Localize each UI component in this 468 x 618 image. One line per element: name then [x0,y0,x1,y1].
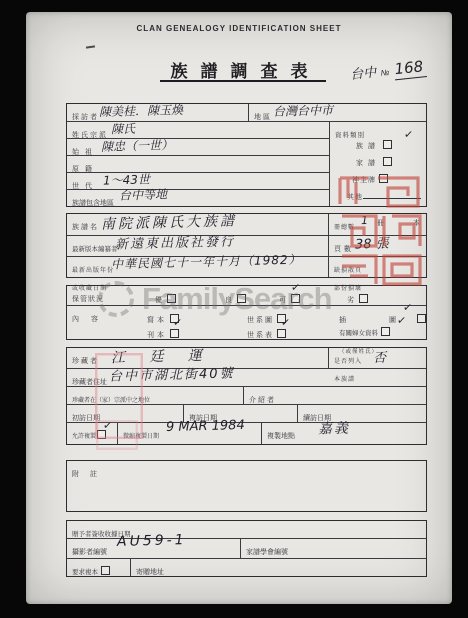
cond3-label: 可 [279,297,288,304]
content-option-lineage-table: 世系表 ✓ [247,324,286,342]
cond2-checkbox [237,294,246,303]
editor-value: 新遠東出版社發行 [115,230,235,252]
condition-option-good: 良 [225,289,246,307]
area-value: 台灣台中市 [273,101,333,120]
pubdate-label-line1: 最新出版年份 [72,268,114,274]
permit-label: 允許複製 [72,434,96,440]
c-print-label: 刊本 [147,332,167,339]
notes-label: 附 註 [72,471,99,478]
c-chart-label: 世系圖 [247,317,274,324]
cat3-label: 神主牌 [352,177,376,184]
cond1-label: 優 [155,297,164,304]
place-value: 嘉義 [318,418,351,439]
c-illus-checkbox [417,314,426,323]
field-origin: 原籍 [67,156,329,172]
field-condition: 保管狀況 優 良 可 ✓ 劣 [67,286,426,305]
condition-option-fair: 可 ✓ [279,289,300,307]
founder-label: 始祖 [72,149,98,156]
volumes-label: 冊總數 [334,225,355,231]
field-area: 地區 台灣台中市 [249,104,426,121]
coverage-label: 族譜包含地區 [72,200,114,207]
table-processing: 贈予者簽收收據日期 攝影者編號 AU59-1 家譜學會編號 要求複本 寄贈地址 [66,520,427,577]
cat3-checkbox [379,174,388,183]
introducer-label: 介紹者 [249,397,276,404]
volumes-value: 1 [361,214,368,227]
field-surname-branch: 姓氏宗派 陳氏 [67,122,329,138]
form-eyebrow-title: CLAN GENEALOGY IDENTIFICATION SHEET [26,24,452,33]
condition-option-poor: 劣 [347,289,368,307]
society-label: 家譜學會編號 [246,549,288,556]
ref-prefix: 台中 [350,65,377,83]
cond4-checkbox [359,294,368,303]
category-option-ancestral-tablet: 神主牌 [352,169,388,187]
field-society-number: 家譜學會編號 [241,539,426,558]
field-photographer-number: 攝影者編號 AU59-1 [67,539,241,558]
condition-option-excellent: 優 [155,289,176,307]
category-option-other: 其他 [347,186,421,204]
cond3-checkbox [291,294,300,303]
table-survey: 採訪者 陳美桂．陳玉煥 地區 台灣台中市 姓氏宗派 陳氏 始祖 [66,103,427,207]
category-option-family-genealogy: 家譜 [356,152,392,170]
interviewer-label: 採訪者 [72,114,99,121]
field-coverage-area: 族譜包含地區 台中等地 [67,190,329,206]
ref-symbol: № [380,68,390,78]
content-label: 內容 [72,316,110,323]
field-listed-in-genealogy: 是否列入 本族譜 否 [329,348,426,368]
title-underline [160,80,326,82]
volumes-unit2: 本 [413,218,422,228]
generations-label: 世代 [72,183,98,190]
place-label: 複製地點 [267,433,295,440]
field-copy-place: 複製地點 嘉義 [262,423,426,444]
editor-label: 最新版本編纂者 [72,246,118,253]
origin-label: 原籍 [72,166,98,173]
cat1-label: 族譜 [356,143,380,150]
c-women-checkbox [381,327,390,336]
field-holder-position: 珍藏者在（家）宗派中之地位 [67,387,244,404]
volumes-unit1: 冊 [377,218,386,228]
c-write-label: 寫本 [147,317,167,324]
cond4-label: 劣 [347,297,356,304]
ref-number: 168 [393,57,428,80]
c-print-checkbox [170,329,179,338]
cond2-label: 良 [225,297,234,304]
genealogy-name-label: 族譜名 [72,224,99,231]
field-damage-note: 缺損散頁 部份損壞 [329,257,426,277]
cat2-label: 家譜 [356,160,380,167]
cat-other-blank-line [363,190,421,199]
scanned-genealogy-form-frame: CLAN GENEALOGY IDENTIFICATION SHEET 族譜調查… [0,0,468,618]
table-genealogy-info: 族譜名 南院派陳氏大族譜 冊總數 1 冊 本 最新版本編纂者 新遠東出版社發行 … [66,213,427,278]
listed-label-line1: 是否列入 [334,359,362,365]
field-introducer: 介紹者 [244,387,426,404]
c-chart-checkbox [277,314,286,323]
pubdate-value: 中華民國七十一年十月（1982） [111,251,302,273]
surname-value: 陳氏 [111,120,135,138]
listed-value: 否 [373,347,387,366]
c-table-label: 世系表 [247,332,274,339]
field-request-copy: 要求複本 [67,559,131,576]
pink-stamp-lower [96,420,138,450]
pages-value: 38 張 [355,233,389,253]
field-interviewer: 採訪者 陳美桂．陳玉煥 [67,104,249,121]
condition-label: 保管狀況 [72,296,104,303]
cat1-checkmark: ✓ [403,128,414,142]
copy-label: 要求複本 [72,569,98,576]
interviewer-value: 陳美桂．陳玉煥 [99,101,183,120]
send-label: 寄贈地址 [136,569,164,576]
field-notes: 附 註 [67,461,426,511]
c-women-label: 有關婦女資料 [339,330,378,337]
copy-checkbox [101,566,110,575]
c-write-checkbox [170,314,179,323]
table-condition-content: 保管狀況 優 良 可 ✓ 劣 [66,285,427,340]
field-send-address: 寄贈地址 [131,559,426,576]
cond1-checkbox [167,294,176,303]
micro-value: 9 MAR 1984 [166,418,245,435]
content-option-printed: 刊本 ✓ [147,324,179,342]
field-content: 內容 寫本 刊本 ✓ 世系圖 世系表 ✓ 插 圖 [67,306,426,339]
cat1-checkbox [383,140,392,149]
table-notes: 附 註 [66,460,427,512]
cat2-checkbox [383,157,392,166]
pages-label: 頁數 [334,246,354,253]
field-founder: 始祖 陳忠（一世） [67,139,329,155]
c-table-checkbox [277,329,286,338]
area-label: 地區 [254,114,272,121]
photographer-value: AU59-1 [117,532,187,550]
photographer-label: 攝影者編號 [72,549,107,556]
cat-other-label: 其他 [347,194,363,201]
field-material-category: 資料類別 族譜 ✓ 家譜 神主牌 其他 [329,122,426,206]
founder-value: 陳忠（一世） [101,136,173,155]
field-publication-date: 最新出版年份 或收藏日期 中華民國七十一年十月（1982） [67,257,329,277]
category-option-clan-genealogy: 族譜 ✓ [356,135,392,153]
field-page-count: 頁數 38 張 [329,236,426,256]
damage-label-line1: 缺損散頁 [334,268,362,274]
coverage-value: 台中等地 [119,185,167,203]
field-generations: 世代 1～43世 [67,173,329,189]
